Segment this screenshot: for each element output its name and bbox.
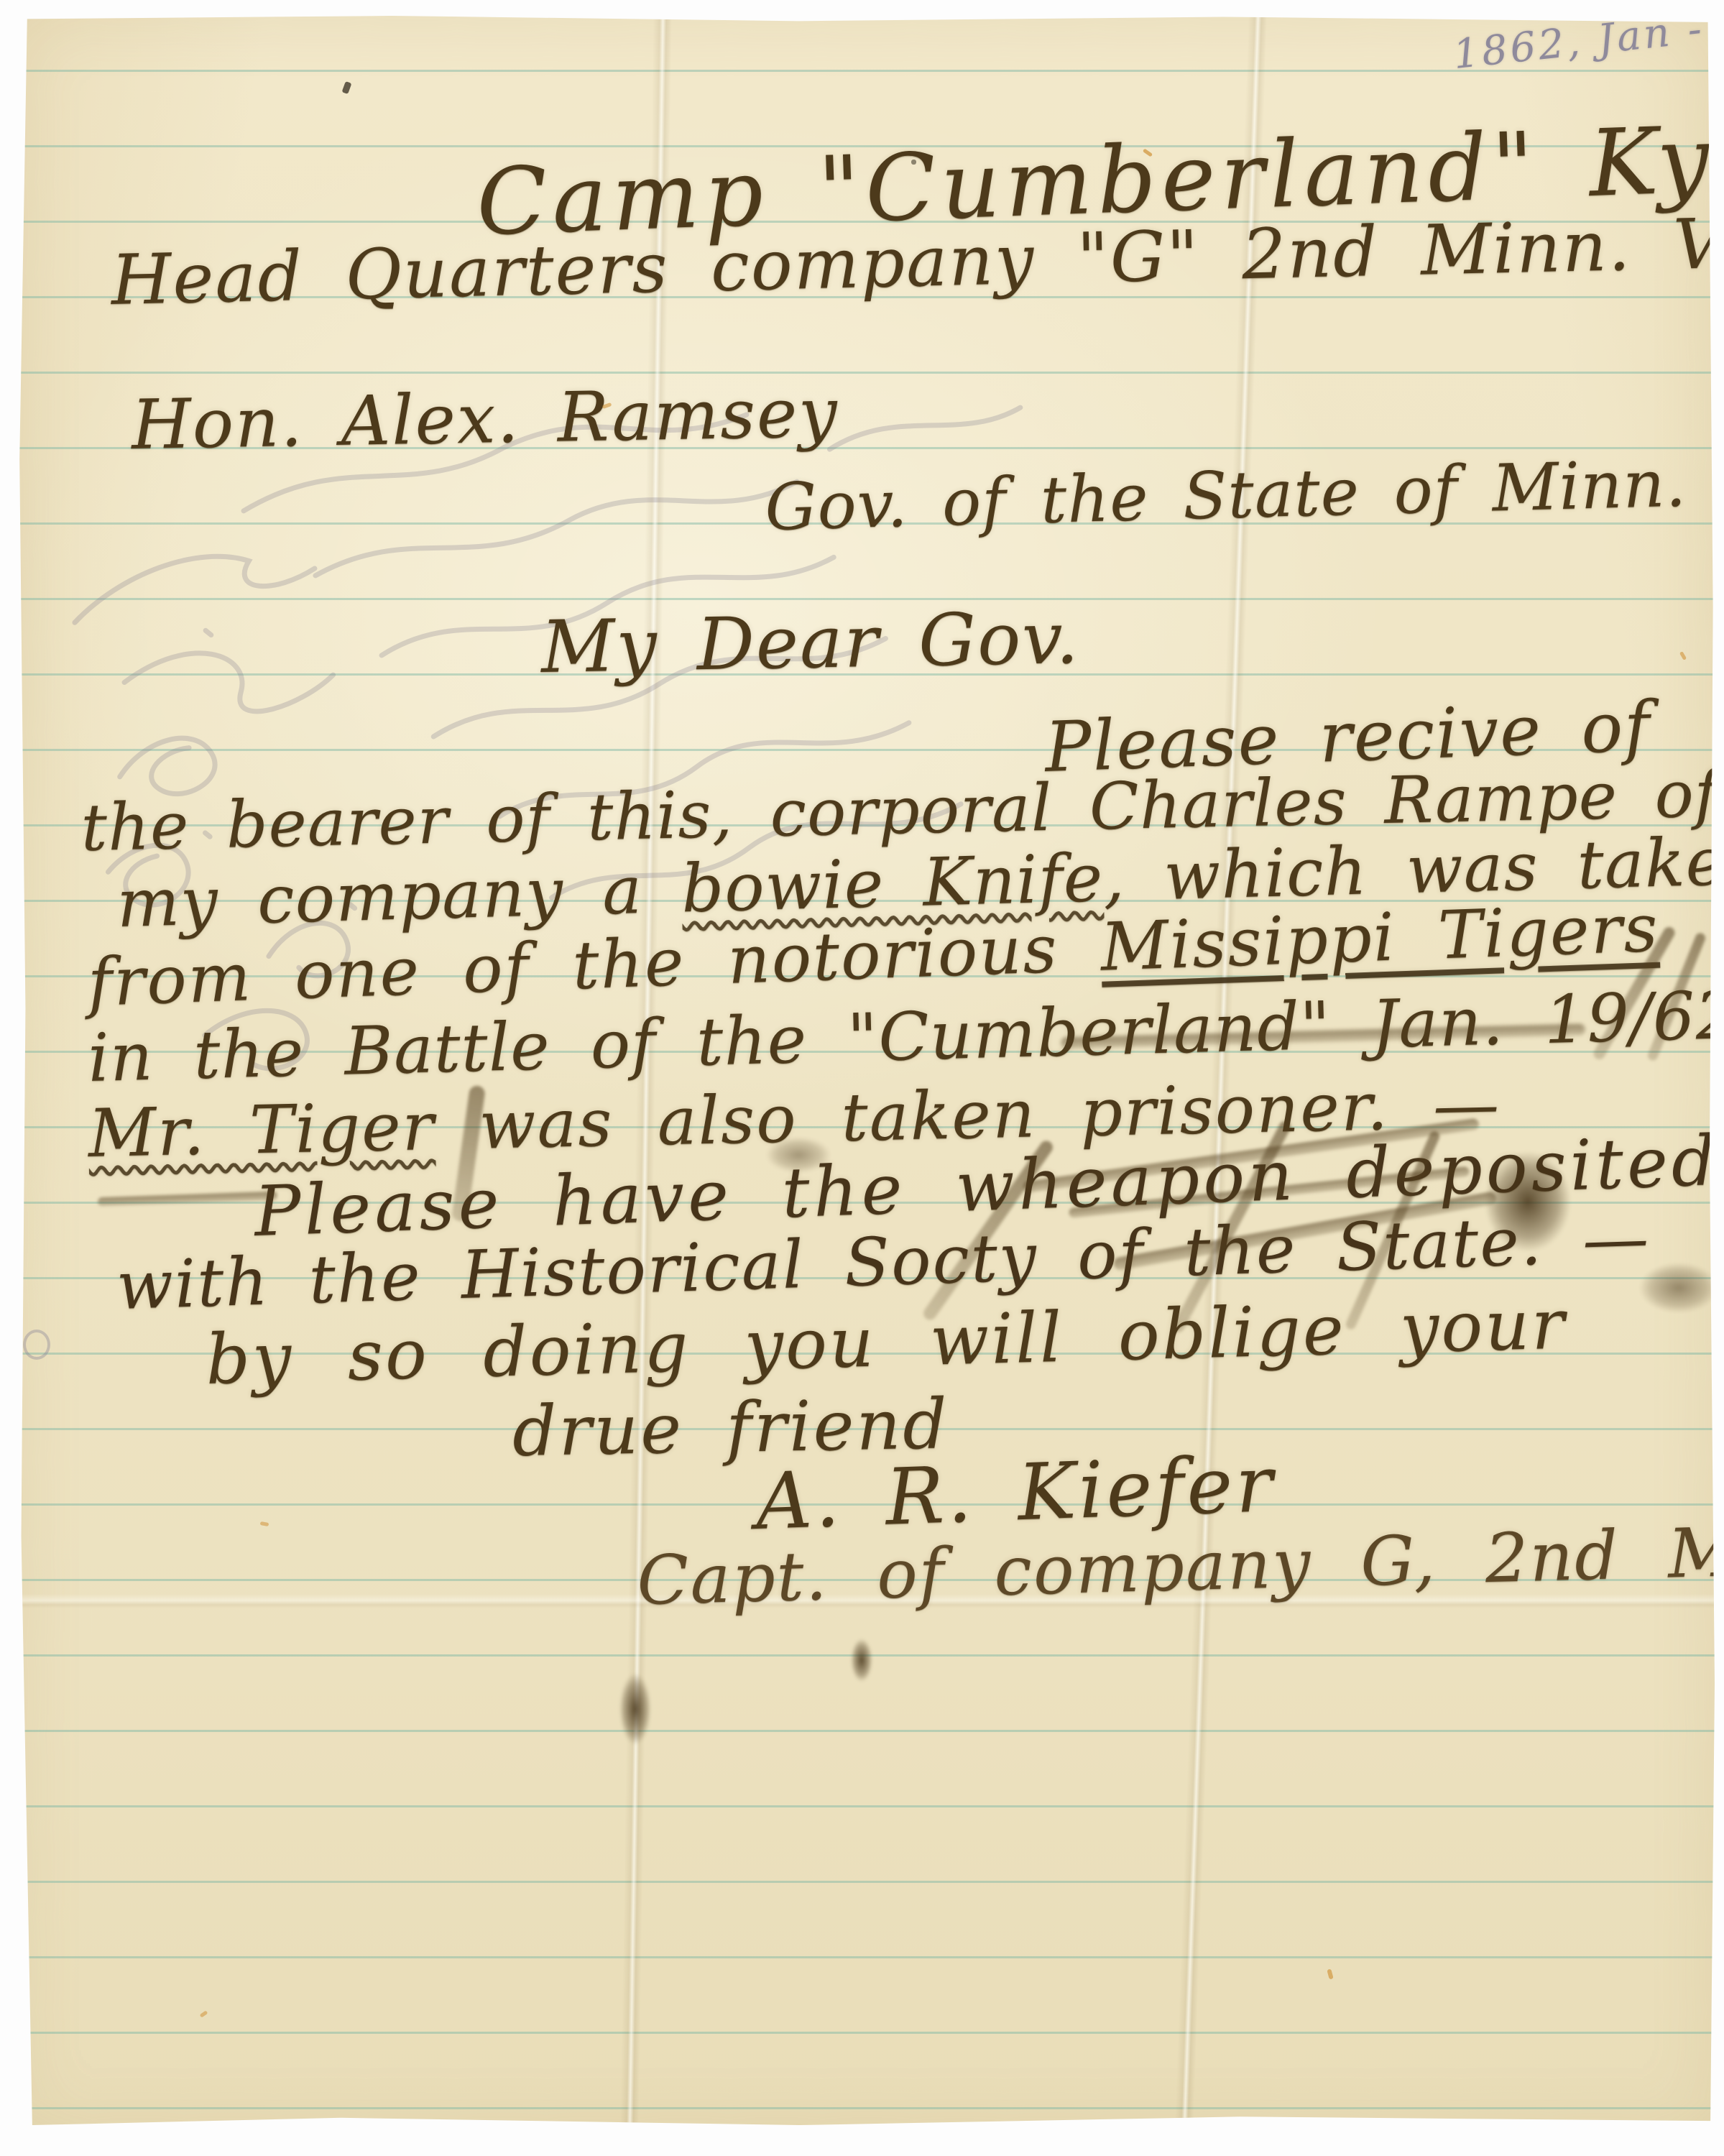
ink-blot: [1485, 1151, 1571, 1252]
ink-blot: [1639, 1263, 1718, 1313]
addressee-name-line: Hon. Alex. Ramsey: [131, 374, 839, 465]
fiber-speck: [1327, 1968, 1333, 1979]
ink-blot: [766, 1137, 831, 1173]
ink-blot: [619, 1673, 651, 1745]
fiber-speck: [260, 1521, 269, 1526]
pencil-circle-mark: [23, 1330, 50, 1360]
underlined-mr-tiger: Mr. Tiger: [88, 1088, 436, 1172]
wavy-ink-smear: [98, 1192, 277, 1207]
paper-sheet: 1862, Jan -? Camp "Cumberland" Ky. Head …: [19, 16, 1715, 2127]
dark-speck: [911, 160, 916, 165]
fiber-speck: [1679, 651, 1687, 660]
fiber-speck: [200, 2010, 208, 2017]
dark-speck: [342, 81, 352, 94]
archival-date-annotation: 1862, Jan -?: [1451, 3, 1724, 78]
salutation-line: My Dear Gov.: [540, 596, 1081, 689]
scanned-letter-page: 1862, Jan -? Camp "Cumberland" Ky. Head …: [0, 0, 1724, 2156]
ink-blot: [851, 1639, 872, 1682]
